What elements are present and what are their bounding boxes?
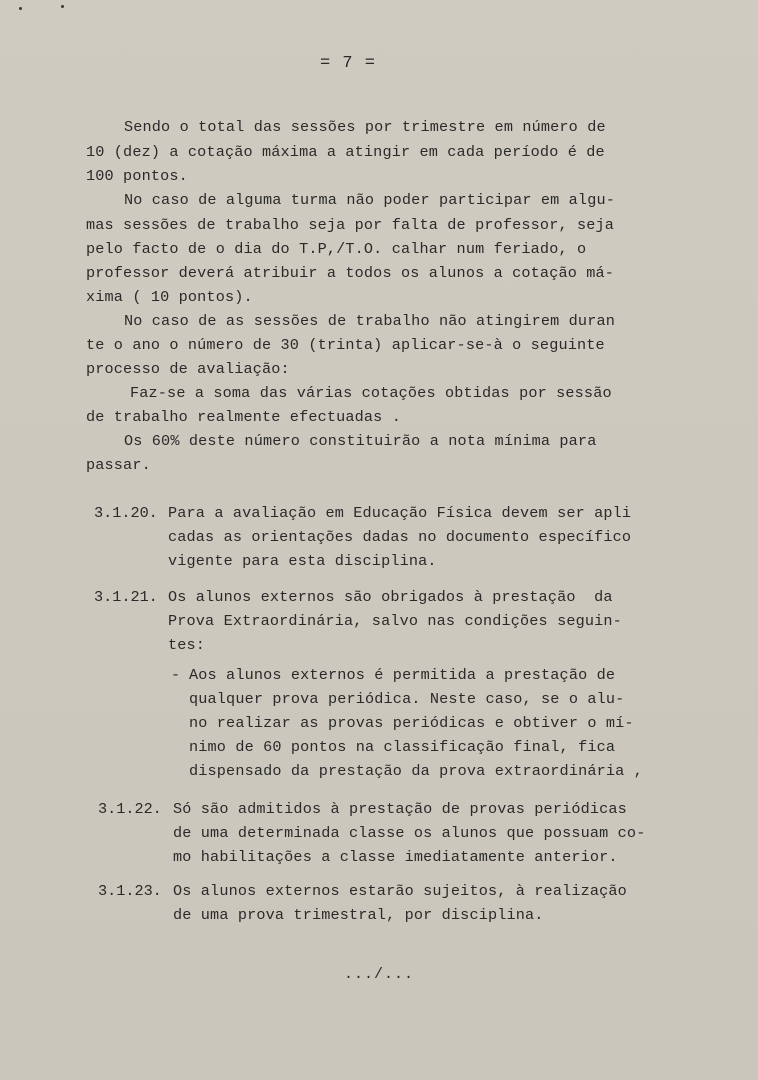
text-line: pelo facto de o dia do T.P,/T.O. calhar … (86, 242, 586, 257)
item-number: 3.1.21. (94, 590, 158, 605)
text-line: cadas as orientações dadas no documento … (168, 530, 631, 545)
text-line: Prova Extraordinária, salvo nas condiçõe… (168, 614, 622, 629)
text-line: passar. (86, 458, 151, 473)
text-line: Aos alunos externos é permitida a presta… (189, 668, 615, 683)
text-line: processo de avaliação: (86, 362, 290, 377)
item-number: 3.1.22. (98, 802, 162, 817)
text-line: dispensado da prestação da prova extraor… (189, 764, 643, 779)
text-line: te o ano o número de 30 (trinta) aplicar… (86, 338, 605, 353)
text-line: nimo de 60 pontos na classificação final… (189, 740, 615, 755)
item-number: 3.1.20. (94, 506, 158, 521)
text-line: Sendo o total das sessões por trimestre … (124, 120, 606, 135)
text-line: Os 60% deste número constituirão a nota … (124, 434, 596, 449)
text-line: 10 (dez) a cotação máxima a atingir em c… (86, 145, 605, 160)
text-line: 100 pontos. (86, 169, 188, 184)
text-line: no realizar as provas periódicas e obtiv… (189, 716, 634, 731)
continuation-mark: .../... (0, 966, 758, 983)
text-line: de uma prova trimestral, por disciplina. (173, 908, 544, 923)
document-page: = 7 = Sendo o total das sessões por trim… (0, 0, 758, 1080)
text-line: xima ( 10 pontos). (86, 290, 253, 305)
text-line: qualquer prova periódica. Neste caso, se… (189, 692, 624, 707)
text-line: Para a avaliação em Educação Física deve… (168, 506, 631, 521)
text-line: mas sessões de trabalho seja por falta d… (86, 218, 614, 233)
bullet-dash: - (171, 668, 180, 683)
text-line: professor deverá atribuir a todos os alu… (86, 266, 614, 281)
text-line: de uma determinada classe os alunos que … (173, 826, 645, 841)
text-line: Os alunos externos são obrigados à prest… (168, 590, 613, 605)
item-number: 3.1.23. (98, 884, 162, 899)
scan-speck (61, 5, 64, 8)
text-line: No caso de alguma turma não poder partic… (124, 193, 615, 208)
text-line: Os alunos externos estarão sujeitos, à r… (173, 884, 627, 899)
text-line: mo habilitações a classe imediatamente a… (173, 850, 618, 865)
scan-speck (19, 7, 22, 10)
text-line: vigente para esta disciplina. (168, 554, 437, 569)
text-line: Só são admitidos à prestação de provas p… (173, 802, 627, 817)
text-line: Faz-se a soma das várias cotações obtida… (130, 386, 612, 401)
text-line: tes: (168, 638, 205, 653)
page-number: = 7 = (0, 54, 696, 73)
text-line: de trabalho realmente efectuadas . (86, 410, 401, 425)
text-line: No caso de as sessões de trabalho não at… (124, 314, 615, 329)
